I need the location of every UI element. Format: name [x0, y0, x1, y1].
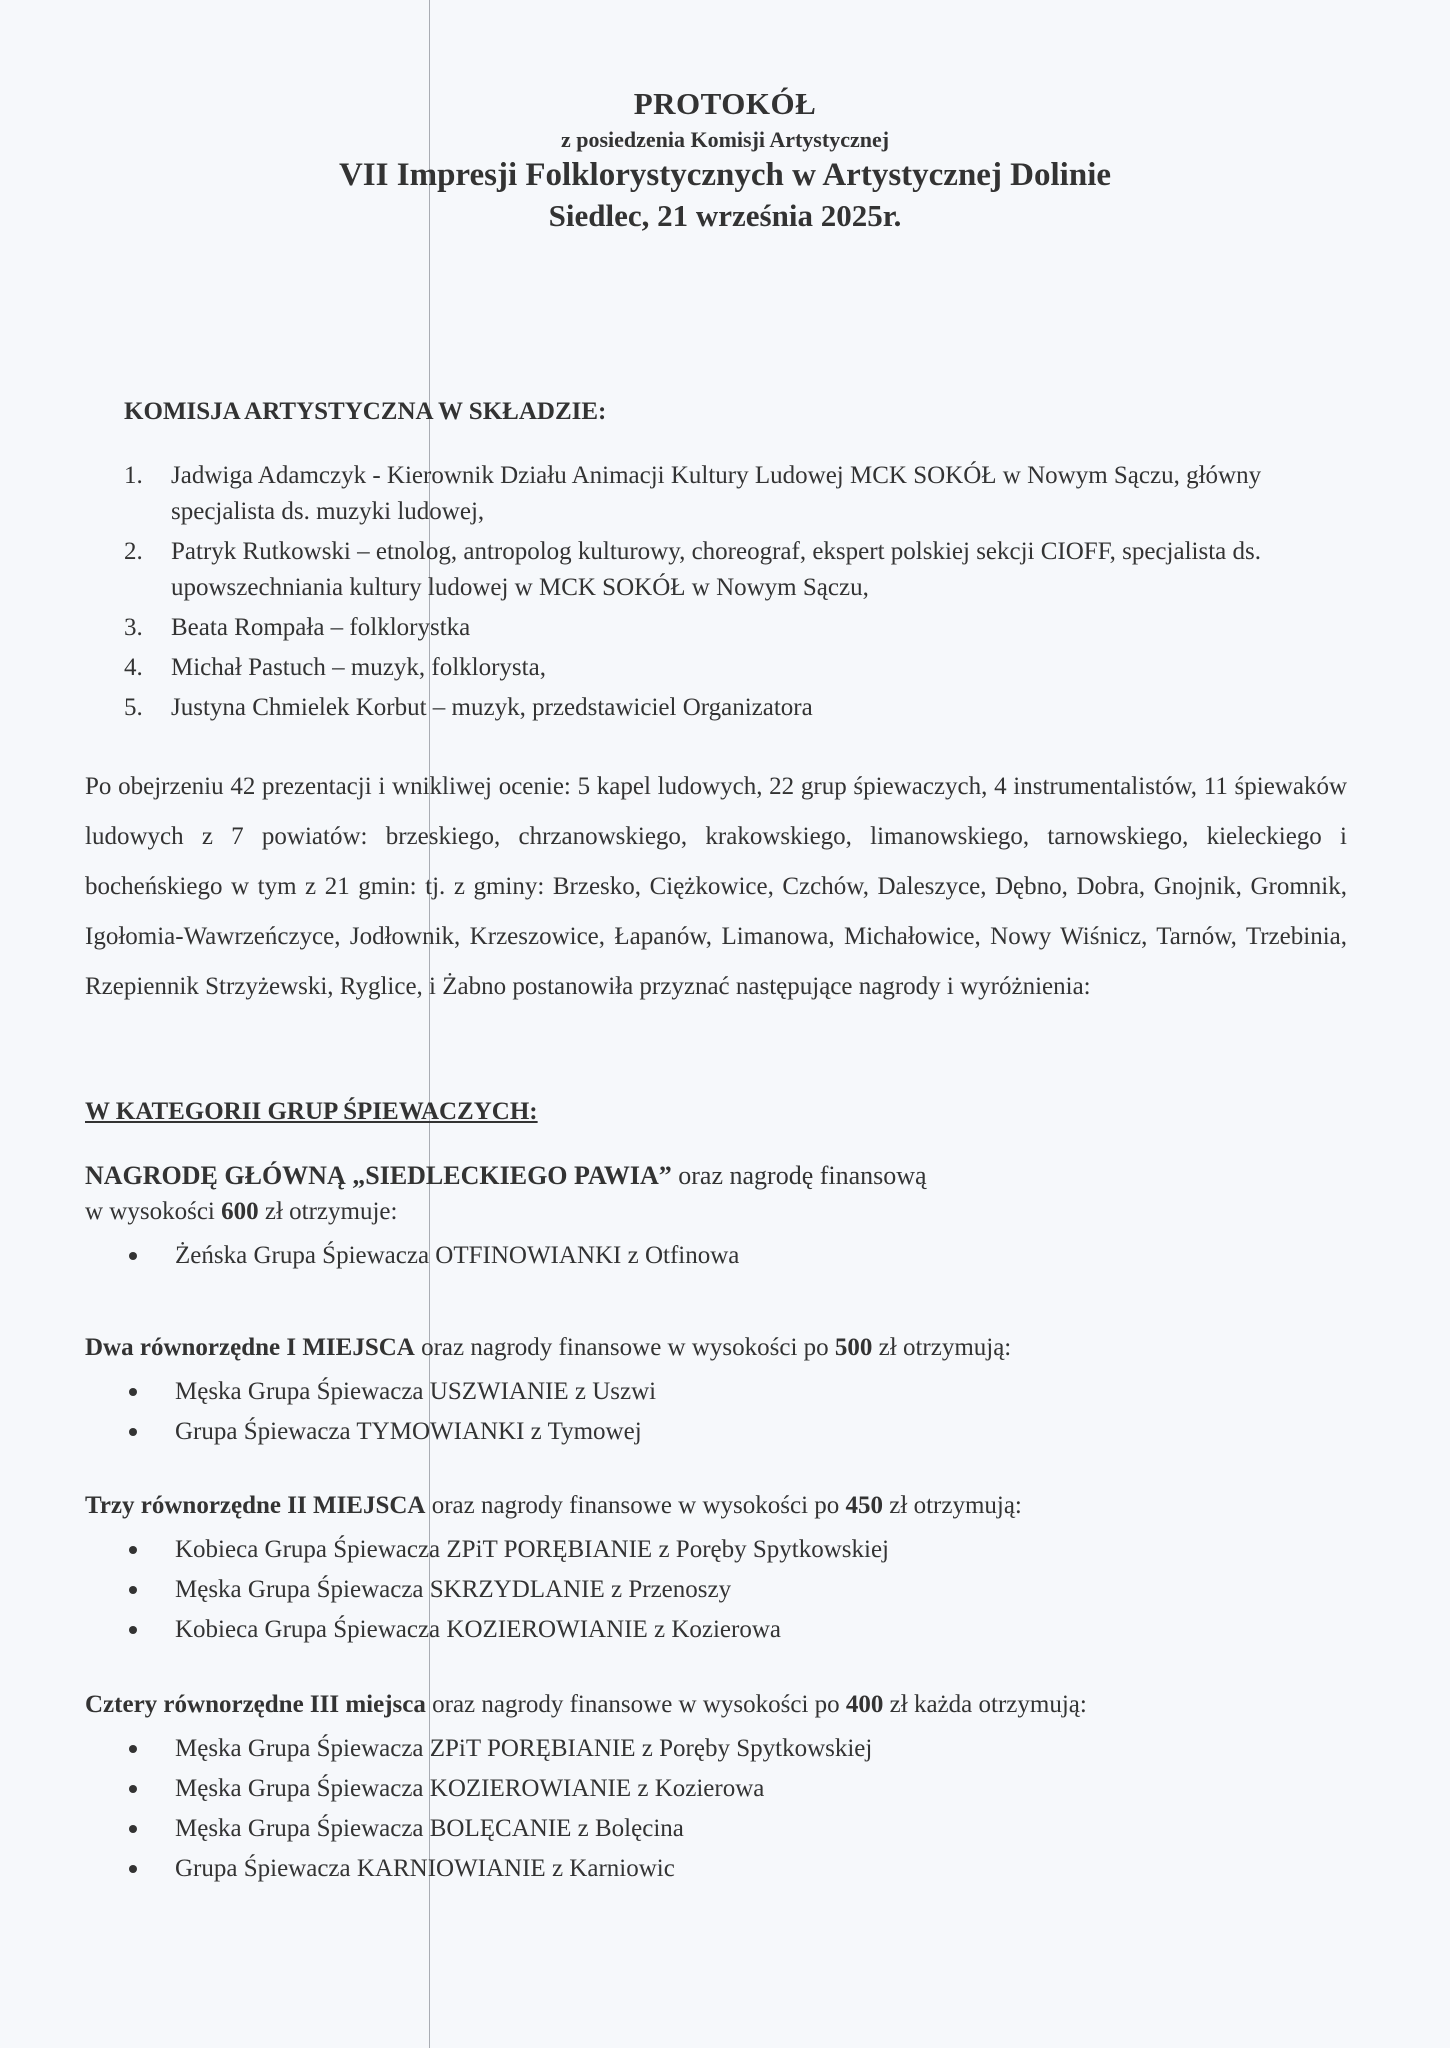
document-title: PROTOKÓŁ [0, 82, 1450, 126]
award-title: Dwa równorzędne I MIEJSCA [85, 1334, 415, 1361]
list-item: 4.Michał Pastuch – muzyk, folklorysta, [124, 650, 1324, 686]
winners-list: Męska Grupa Śpiewacza ZPiT PORĘBIANIE z … [85, 1729, 1385, 1889]
bullet-icon [129, 1388, 137, 1396]
winners-list: Żeńska Grupa Śpiewacza OTFINOWIANKI z Ot… [85, 1236, 1385, 1276]
bullet-icon [129, 1825, 137, 1833]
bullet-icon [129, 1428, 137, 1436]
list-item: 1.Jadwiga Adamczyk - Kierownik Działu An… [124, 458, 1324, 530]
award-title: Cztery równorzędne III miejsca [85, 1691, 426, 1718]
list-item: Męska Grupa Śpiewacza SKRZYDLANIE z Prze… [129, 1570, 1385, 1610]
list-item: Męska Grupa Śpiewacza USZWIANIE z Uszwi [129, 1372, 1385, 1412]
bullet-icon [129, 1252, 137, 1260]
award-title: Trzy równorzędne II MIEJSCA [85, 1492, 425, 1519]
list-item: 3.Beata Rompała – folklorystka [124, 610, 1324, 646]
commission-heading: KOMISJA ARTYSTYCZNA W SKŁADZIE: [124, 398, 606, 426]
document-subtitle: z posiedzenia Komisji Artystycznej [0, 126, 1450, 154]
bullet-icon [129, 1745, 137, 1753]
document-header: PROTOKÓŁ z posiedzenia Komisji Artystycz… [0, 82, 1450, 236]
list-item: Kobieca Grupa Śpiewacza ZPiT PORĘBIANIE … [129, 1530, 1385, 1570]
award-amount: 400 [846, 1691, 884, 1718]
intro-paragraph: Po obejrzeniu 42 prezentacji i wnikliwej… [85, 762, 1347, 1012]
bullet-icon [129, 1626, 137, 1634]
third-place-section: Cztery równorzędne III miejsca oraz nagr… [85, 1687, 1385, 1889]
award-amount: 600 [221, 1198, 259, 1225]
winners-list: Kobieca Grupa Śpiewacza ZPiT PORĘBIANIE … [85, 1530, 1385, 1650]
list-item: Męska Grupa Śpiewacza BOLĘCANIE z Bolęci… [129, 1809, 1385, 1849]
bullet-icon [129, 1785, 137, 1793]
award-amount: 450 [846, 1492, 884, 1519]
award-title: NAGRODĘ GŁÓWNĄ „SIEDLECKIEGO PAWIA” [85, 1161, 672, 1190]
list-item: 5.Justyna Chmielek Korbut – muzyk, przed… [124, 690, 1324, 726]
document-page: PROTOKÓŁ z posiedzenia Komisji Artystycz… [0, 0, 1450, 2048]
second-place-section: Trzy równorzędne II MIEJSCA oraz nagrody… [85, 1488, 1385, 1650]
list-item: Męska Grupa Śpiewacza KOZIEROWIANIE z Ko… [129, 1769, 1385, 1809]
main-award-section: NAGRODĘ GŁÓWNĄ „SIEDLECKIEGO PAWIA” oraz… [85, 1158, 1385, 1276]
list-item: Męska Grupa Śpiewacza ZPiT PORĘBIANIE z … [129, 1729, 1385, 1769]
event-name: VII Impresji Folklorystycznych w Artysty… [0, 154, 1450, 196]
list-item: Grupa Śpiewacza KARNIOWIANIE z Karniowic [129, 1849, 1385, 1889]
list-item: 2.Patryk Rutkowski – etnolog, antropolog… [124, 534, 1324, 606]
award-amount: 500 [835, 1334, 873, 1361]
list-item: Żeńska Grupa Śpiewacza OTFINOWIANKI z Ot… [129, 1236, 1385, 1276]
winners-list: Męska Grupa Śpiewacza USZWIANIE z Uszwi … [85, 1372, 1385, 1452]
list-item: Kobieca Grupa Śpiewacza KOZIEROWIANIE z … [129, 1610, 1385, 1650]
bullet-icon [129, 1586, 137, 1594]
date-line: Siedlec, 21 września 2025r. [0, 196, 1450, 236]
first-place-section: Dwa równorzędne I MIEJSCA oraz nagrody f… [85, 1330, 1385, 1452]
commission-members-list: 1.Jadwiga Adamczyk - Kierownik Działu An… [124, 458, 1324, 730]
list-item: Grupa Śpiewacza TYMOWIANKI z Tymowej [129, 1412, 1385, 1452]
bullet-icon [129, 1865, 137, 1873]
category-heading: W KATEGORII GRUP ŚPIEWACZYCH: [85, 1098, 538, 1126]
bullet-icon [129, 1546, 137, 1554]
